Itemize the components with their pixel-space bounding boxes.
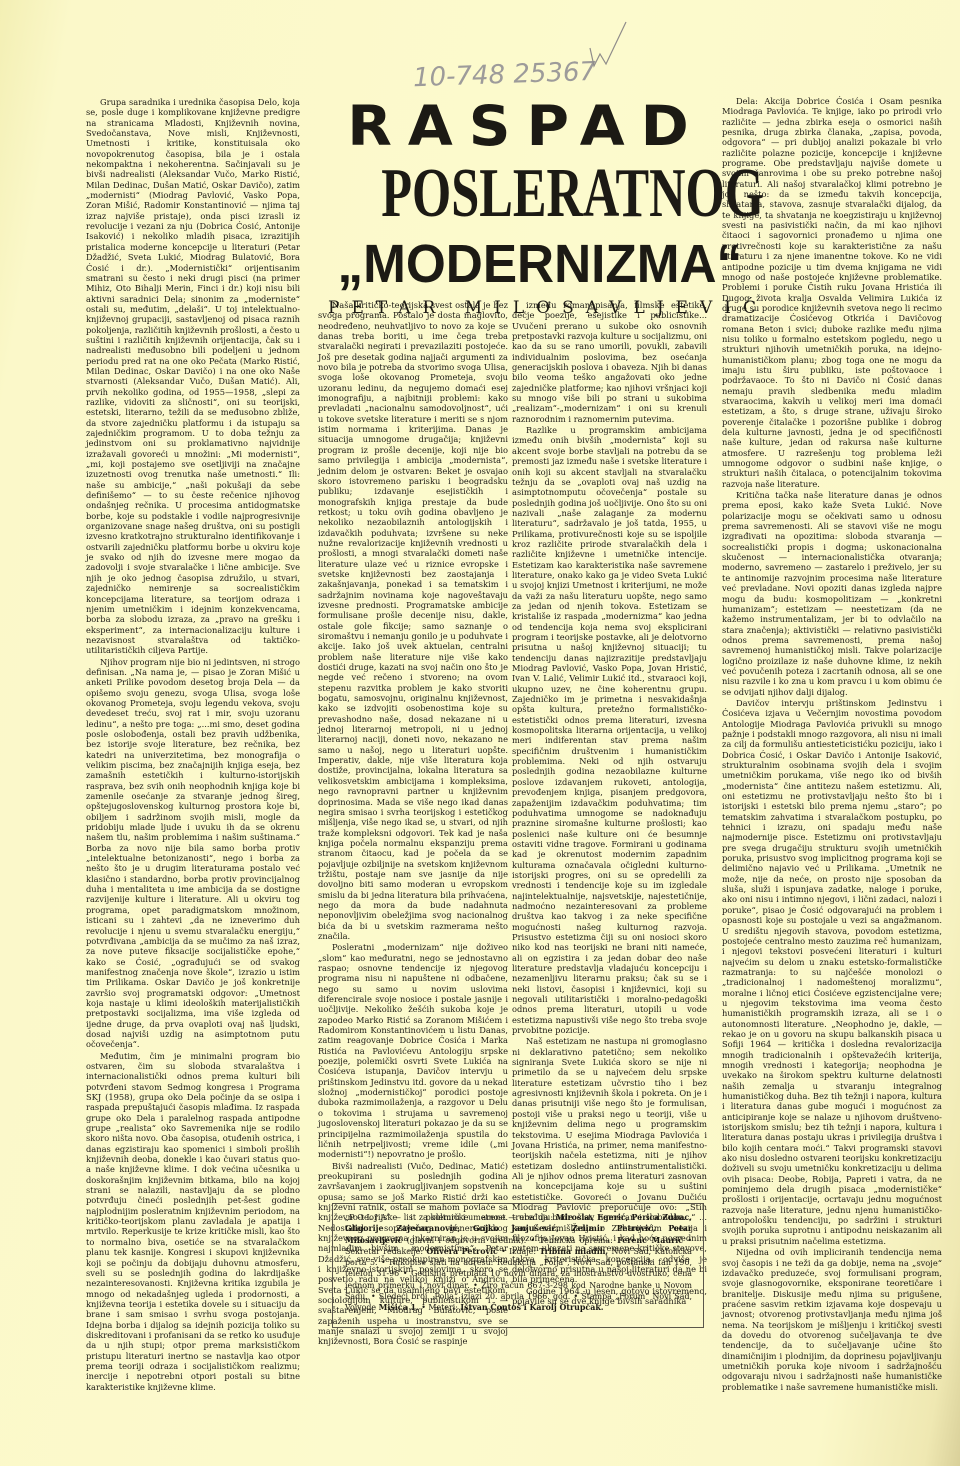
- paragraph: Davičov intervju prištinskom Jedinstvu i…: [722, 698, 942, 1246]
- article-column-1: Grupa saradnika i urednika časopisa Delo…: [86, 97, 300, 1445]
- paragraph: između romanopisanja, filmske estetike, …: [512, 300, 707, 424]
- paragraph: Njihov program nije bio ni jedintsven, n…: [86, 657, 300, 1050]
- headline-line-1: RASPAD: [344, 98, 708, 155]
- handwritten-check-icon: [588, 20, 628, 70]
- article-column-4: Dela: Akcija Dobrice Ćosića i Osam pesni…: [722, 96, 942, 1356]
- typesetters: Ištvan Čontoš i Karolj Otrupčak.: [460, 1303, 603, 1312]
- paragraph: Razlike u programskim ambicijama između …: [512, 425, 707, 1035]
- paragraph: Grupa saradnika i urednika časopisa Delo…: [86, 97, 300, 656]
- headline-line-2: POSLERATNOG: [381, 158, 655, 230]
- article-column-2: Naša kritičko-teorijska svest ostala je …: [318, 300, 508, 1135]
- paragraph: Posleratni „modernizam“ nije doživeo „sl…: [318, 942, 508, 1159]
- paragraph: Dela: Akcija Dobrice Ćosića i Osam pesni…: [722, 96, 942, 489]
- technical-design: Ferenc Maurič: [617, 1236, 683, 1245]
- headline: RASPAD POSLERATNOG „MODERNIZMA“ PETAR MI…: [328, 96, 708, 318]
- headline-line-3: „MODERNIZMA“: [338, 234, 699, 294]
- editorial-secretary: Olivera Petrović: [426, 1247, 498, 1256]
- publisher: Tribina mladih,: [539, 1247, 608, 1256]
- paragraph: Nijedna od ovih impliciranih tendencija …: [722, 1247, 942, 1392]
- publication-imprint-box: „P O L J A“ — list za kulturu i umetnost…: [332, 1203, 704, 1328]
- archive-stamp: 10-748 25367: [413, 57, 597, 93]
- newspaper-page: 10-748 25367 RASPAD POSLERATNOG „MODERNI…: [0, 0, 960, 1466]
- paragraph: Naša kritičko-teorijska svest ostala je …: [318, 300, 508, 941]
- masthead-title: „P O L J A“: [345, 1213, 390, 1222]
- article-column-3: između romanopisanja, filmske estetike, …: [512, 300, 707, 1135]
- paragraph: Kritična tačka naše literature danas je …: [722, 490, 942, 697]
- paragraph: Međutim, čim je minimalni program bio os…: [86, 1051, 300, 1392]
